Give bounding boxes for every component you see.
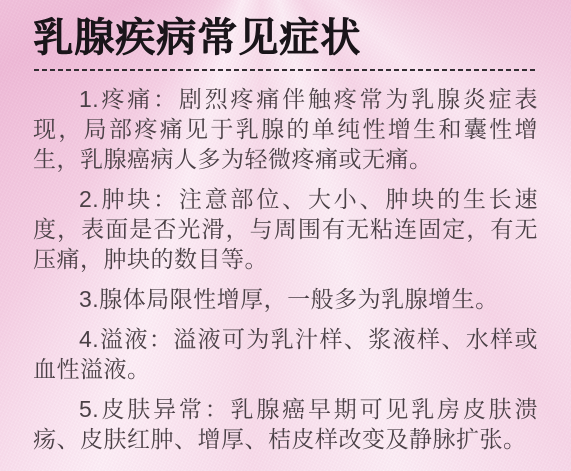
infographic-content: 乳腺疾病常见症状 1.疼痛：剧烈疼痛伴触疼常为乳腺炎症表现，局部疼痛见于乳腺的单… — [0, 0, 571, 471]
infographic-card: 乳腺疾病常见症状 1.疼痛：剧烈疼痛伴触疼常为乳腺炎症表现，局部疼痛见于乳腺的单… — [0, 0, 571, 471]
symptom-paragraph-skin-abnormality: 5.皮肤异常：乳腺癌早期可见乳房皮肤溃疡、皮肤红肿、增厚、桔皮样改变及静脉扩张。 — [33, 394, 538, 454]
page-title: 乳腺疾病常见症状 — [33, 14, 538, 62]
dashed-divider — [34, 69, 537, 71]
symptom-paragraph-discharge: 4.溢液：溢液可为乳汁样、浆液样、水样或血性溢液。 — [33, 324, 538, 384]
symptom-list: 1.疼痛：剧烈疼痛伴触疼常为乳腺炎症表现，局部疼痛见于乳腺的单纯性增生和囊性增生… — [33, 84, 538, 454]
symptom-paragraph-pain: 1.疼痛：剧烈疼痛伴触疼常为乳腺炎症表现，局部疼痛见于乳腺的单纯性增生和囊性增生… — [33, 84, 538, 174]
symptom-paragraph-lump: 2.肿块：注意部位、大小、肿块的生长速度，表面是否光滑，与周围有无粘连固定，有无… — [33, 184, 538, 274]
symptom-paragraph-thickening: 3.腺体局限性增厚，一般多为乳腺增生。 — [33, 284, 538, 314]
